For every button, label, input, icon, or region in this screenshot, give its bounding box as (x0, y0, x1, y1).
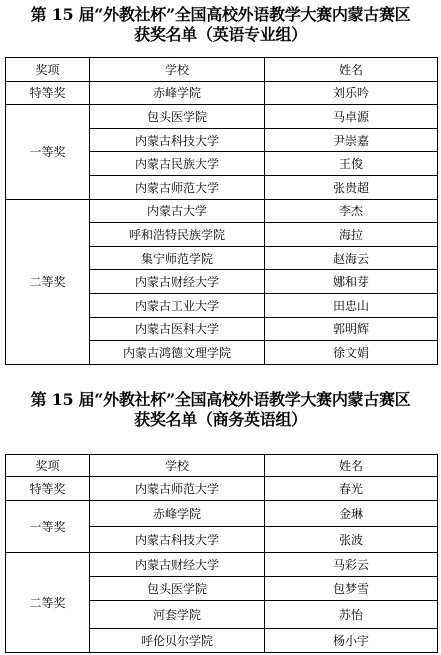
school-cell: 内蒙古师范大学 (90, 175, 265, 199)
header-award: 奖项 (6, 455, 90, 477)
name-cell: 马卓源 (265, 105, 438, 129)
school-cell: 内蒙古科技大学 (90, 128, 265, 152)
school-cell: 包头医学院 (90, 105, 265, 129)
section-title-business-english: 第 15 届“外教社杯”全国高校外语教学大赛内蒙古赛区 获奖名单（商务英语组） (0, 390, 441, 430)
name-cell: 张波 (265, 527, 438, 553)
name-cell: 张贵超 (265, 175, 438, 199)
name-cell: 王俊 (265, 152, 438, 176)
name-cell: 赵海云 (265, 246, 438, 270)
school-cell: 河套学院 (90, 601, 265, 629)
header-name: 姓名 (265, 455, 438, 477)
name-cell: 徐文娟 (265, 341, 438, 365)
title-line-1: 第 15 届“外教社杯”全国高校外语教学大赛内蒙古赛区 (0, 390, 441, 410)
school-cell: 内蒙古工业大学 (90, 293, 265, 317)
name-cell: 苏怡 (265, 601, 438, 629)
header-school: 学校 (90, 455, 265, 477)
table-header-row: 奖项 学校 姓名 (6, 455, 438, 477)
name-cell: 春光 (265, 477, 438, 501)
name-cell: 田忠山 (265, 293, 438, 317)
table-row: 特等奖 内蒙古师范大学 春光 (6, 477, 438, 501)
name-cell: 杨小宇 (265, 629, 438, 653)
award-cell-second: 二等奖 (6, 199, 90, 364)
school-cell: 赤峰学院 (90, 501, 265, 527)
name-cell: 娜和芽 (265, 270, 438, 294)
name-cell: 马彩云 (265, 553, 438, 577)
name-cell: 海拉 (265, 223, 438, 247)
school-cell: 集宁师范学院 (90, 246, 265, 270)
school-cell: 呼伦贝尔学院 (90, 629, 265, 653)
school-cell: 内蒙古民族大学 (90, 152, 265, 176)
name-cell: 尹崇嘉 (265, 128, 438, 152)
header-school: 学校 (90, 58, 265, 82)
title-line-2: 获奖名单（英语专业组） (0, 25, 441, 45)
table-row: 二等奖 内蒙古财经大学 马彩云 (6, 553, 438, 577)
award-cell-first: 一等奖 (6, 105, 90, 199)
name-cell: 李杰 (265, 199, 438, 223)
table-row: 一等奖 包头医学院 马卓源 (6, 105, 438, 129)
school-cell: 赤峰学院 (90, 81, 265, 105)
name-cell: 金琳 (265, 501, 438, 527)
title-line-1: 第 15 届“外教社杯”全国高校外语教学大赛内蒙古赛区 (0, 5, 441, 25)
header-award: 奖项 (6, 58, 90, 82)
name-cell: 包梦雪 (265, 577, 438, 601)
header-name: 姓名 (265, 58, 438, 82)
school-cell: 内蒙古财经大学 (90, 270, 265, 294)
school-cell: 内蒙古财经大学 (90, 553, 265, 577)
school-cell: 内蒙古科技大学 (90, 527, 265, 553)
table-header-row: 奖项 学校 姓名 (6, 58, 438, 82)
award-cell-special: 特等奖 (6, 477, 90, 501)
award-table-english-major: 奖项 学校 姓名 特等奖 赤峰学院 刘乐吟 一等奖 包头医学院 马卓源 内蒙古科… (5, 57, 438, 365)
table-row: 特等奖 赤峰学院 刘乐吟 (6, 81, 438, 105)
name-cell: 刘乐吟 (265, 81, 438, 105)
award-cell-special: 特等奖 (6, 81, 90, 105)
award-table-business-english: 奖项 学校 姓名 特等奖 内蒙古师范大学 春光 一等奖 赤峰学院 金琳 内蒙古科… (5, 454, 438, 653)
school-cell: 内蒙古大学 (90, 199, 265, 223)
name-cell: 郭明辉 (265, 317, 438, 341)
award-cell-first: 一等奖 (6, 501, 90, 553)
school-cell: 内蒙古鸿德文理学院 (90, 341, 265, 365)
school-cell: 呼和浩特民族学院 (90, 223, 265, 247)
table-row: 二等奖 内蒙古大学 李杰 (6, 199, 438, 223)
school-cell: 包头医学院 (90, 577, 265, 601)
table-row: 一等奖 赤峰学院 金琳 (6, 501, 438, 527)
award-cell-second: 二等奖 (6, 553, 90, 653)
section-title-english-major: 第 15 届“外教社杯”全国高校外语教学大赛内蒙古赛区 获奖名单（英语专业组） (0, 5, 441, 45)
title-line-2: 获奖名单（商务英语组） (0, 410, 441, 430)
school-cell: 内蒙古师范大学 (90, 477, 265, 501)
school-cell: 内蒙古医科大学 (90, 317, 265, 341)
